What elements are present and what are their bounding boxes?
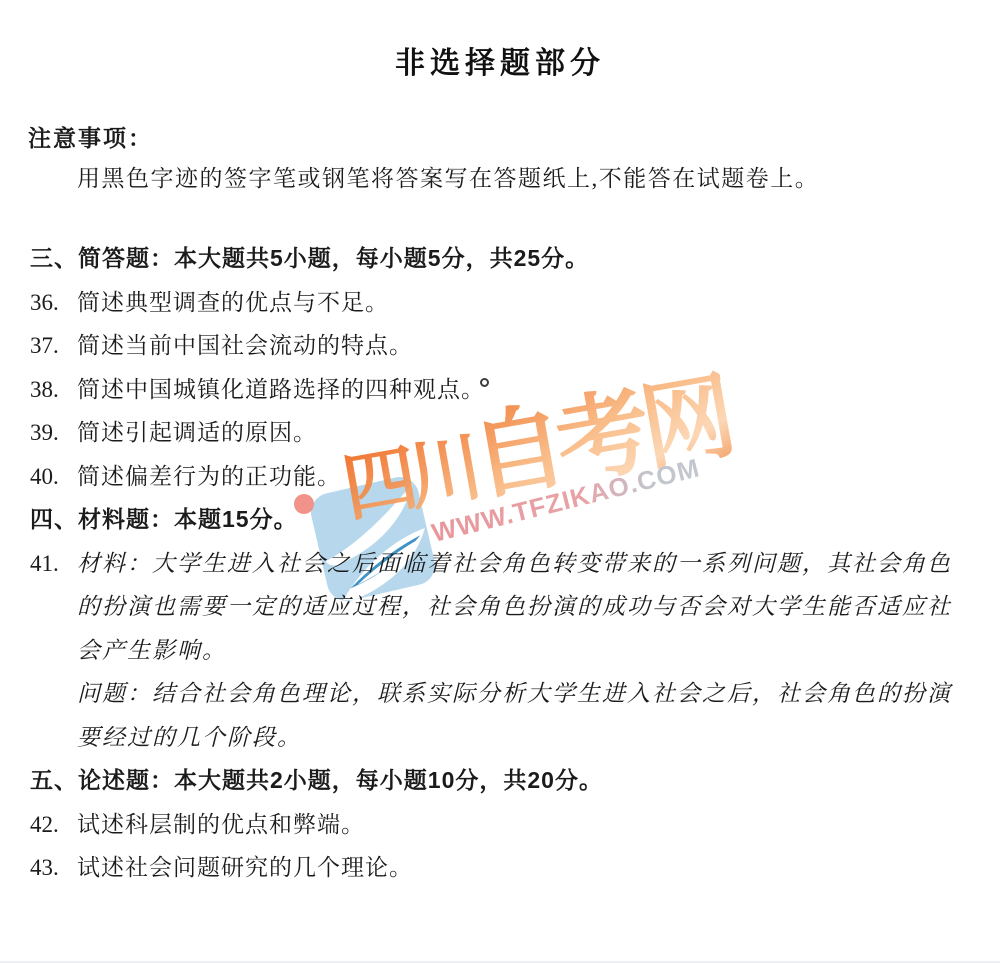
question-number: 37. xyxy=(30,324,77,368)
question-text: 简述典型调查的优点与不足。 xyxy=(77,281,964,325)
question-list: 三、简答题：本大题共5小题，每小题5分，共25分。 36. 简述典型调查的优点与… xyxy=(30,237,964,890)
question-number: 36. xyxy=(30,281,77,325)
exam-paper-page: { "page": { "title": "非选择题部分", "notice_l… xyxy=(0,0,1000,963)
question-text: 简述偏差行为的正功能。 xyxy=(77,455,964,499)
material-question-body: 材料：大学生进入社会之后面临着社会角色转变带来的一系列问题，其社会角色的扮演也需… xyxy=(77,542,964,760)
section-header-4: 四、材料题：本题15分。 xyxy=(30,498,964,542)
section-header-5: 五、论述题：本大题共2小题，每小题10分，共20分。 xyxy=(30,759,964,803)
question-item-37: 37. 简述当前中国社会流动的特点。 xyxy=(30,324,964,368)
question-text: 试述科层制的优点和弊端。 xyxy=(77,803,964,847)
question-number: 40. xyxy=(30,455,77,499)
page-title: 非选择题部分 xyxy=(0,0,1000,82)
question-number: 39. xyxy=(30,411,77,455)
notice-label: 注意事项： xyxy=(28,123,1000,153)
question-number: 38. xyxy=(30,368,77,412)
question-paragraph: 问题：结合社会角色理论，联系实际分析大学生进入社会之后，社会角色的扮演要经过的几… xyxy=(77,672,964,759)
question-item-36: 36. 简述典型调查的优点与不足。 xyxy=(30,281,964,325)
question-item-43: 43. 试述社会问题研究的几个理论。 xyxy=(30,846,964,890)
material-paragraph: 材料：大学生进入社会之后面临着社会角色转变带来的一系列问题，其社会角色的扮演也需… xyxy=(77,542,964,673)
question-item-39: 39. 简述引起调适的原因。 xyxy=(30,411,964,455)
question-number: 41. xyxy=(30,542,77,586)
question-item-38: 38. 简述中国城镇化道路选择的四种观点。 xyxy=(30,368,964,412)
question-number: 43. xyxy=(30,846,77,890)
question-item-42: 42. 试述科层制的优点和弊端。 xyxy=(30,803,964,847)
question-item-40: 40. 简述偏差行为的正功能。 xyxy=(30,455,964,499)
section-header-3: 三、简答题：本大题共5小题，每小题5分，共25分。 xyxy=(30,237,964,281)
question-item-41: 41. 材料：大学生进入社会之后面临着社会角色转变带来的一系列问题，其社会角色的… xyxy=(30,542,964,760)
question-text: 简述当前中国社会流动的特点。 xyxy=(77,324,964,368)
question-number: 42. xyxy=(30,803,77,847)
exam-content: 非选择题部分 注意事项： 用黑色字迹的签字笔或钢笔将答案写在答题纸上,不能答在试… xyxy=(0,0,1000,890)
question-text: 简述中国城镇化道路选择的四种观点。 xyxy=(77,368,964,412)
notice-text: 用黑色字迹的签字笔或钢笔将答案写在答题纸上,不能答在试题卷上。 xyxy=(77,164,964,194)
question-text: 简述引起调适的原因。 xyxy=(77,411,964,455)
question-text: 试述社会问题研究的几个理论。 xyxy=(77,846,964,890)
